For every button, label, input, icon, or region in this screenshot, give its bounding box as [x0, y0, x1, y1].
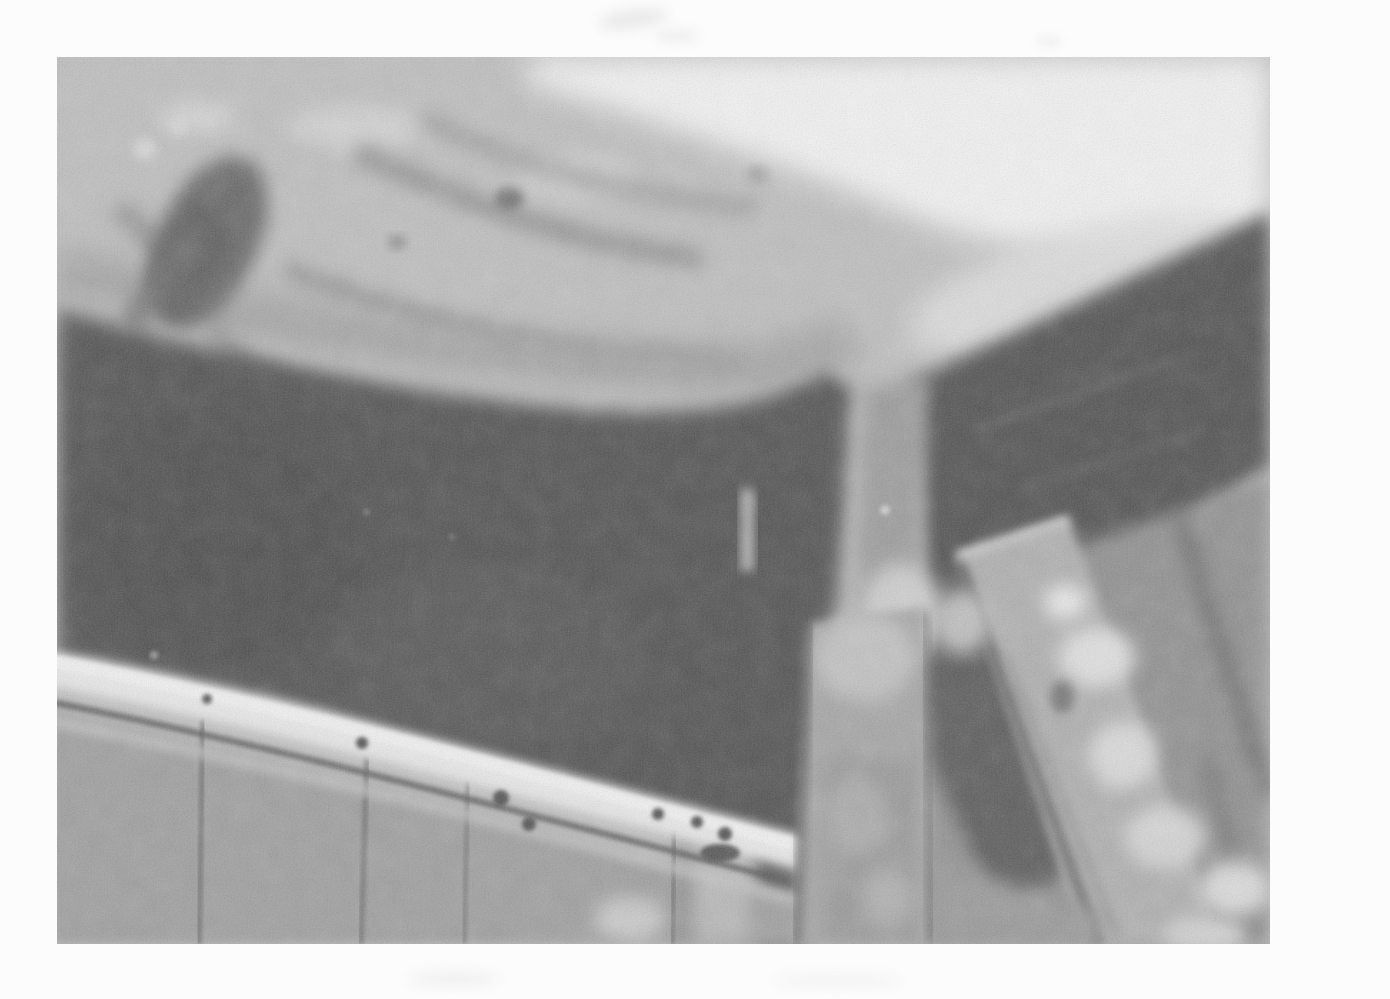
photograph-canvas [57, 57, 1270, 944]
scan-smudge [408, 972, 500, 986]
scan-smudge [772, 975, 904, 987]
scan-smudge [1035, 36, 1063, 46]
scan-smudge [597, 5, 669, 33]
scanned-page [0, 0, 1390, 999]
fine-grain-overlay [57, 57, 1270, 944]
photograph [57, 57, 1270, 944]
scan-smudge [654, 30, 700, 42]
